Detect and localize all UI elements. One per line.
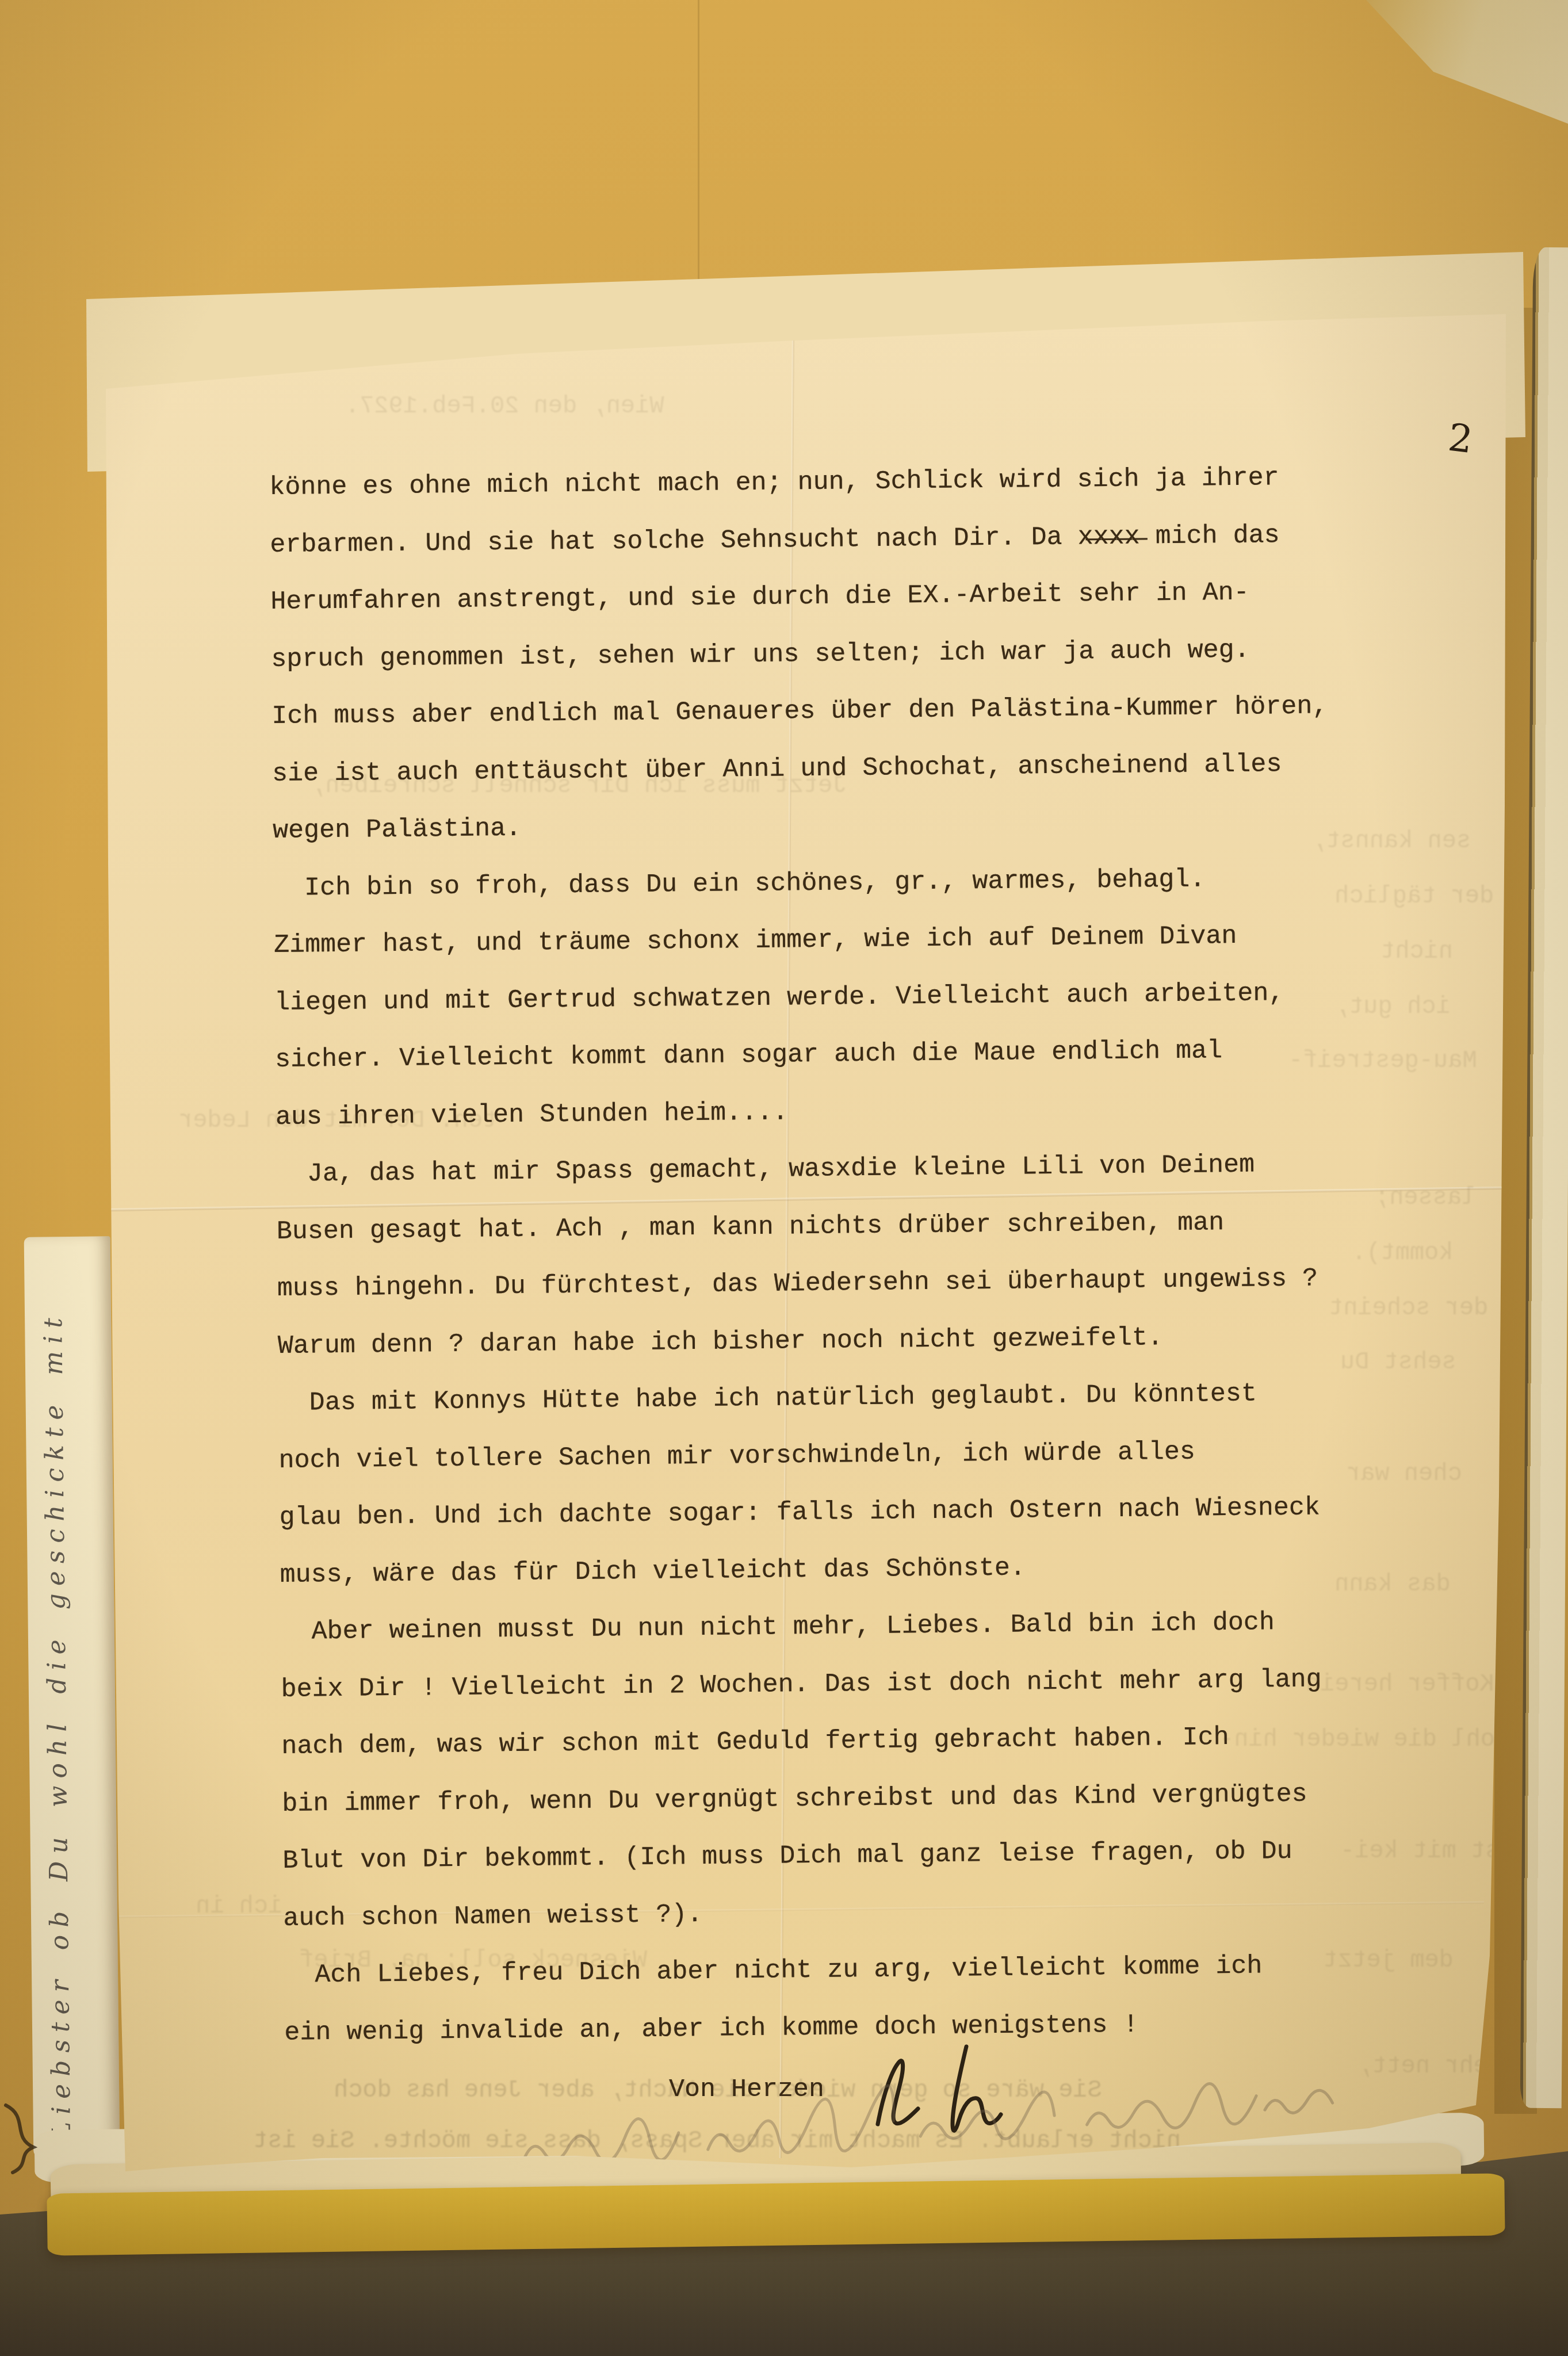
letter-line: muss hingehn. Du fürchtest, das Wiederse… bbox=[277, 1249, 1428, 1318]
letter-line: Busen gesagt hat. Ach , man kann nichts … bbox=[276, 1192, 1427, 1260]
letter-line: ein wenig invalide an, aber ich komme do… bbox=[284, 1993, 1435, 2061]
letter-line: nach dem, was wir schon mit Geduld ferti… bbox=[281, 1707, 1432, 1776]
letter-line: könne es ohne mich nicht mach en; nun, S… bbox=[269, 448, 1420, 517]
letter-line: auch schon Namen weisst ?). bbox=[283, 1879, 1434, 1947]
page1-left-edge: Liebster ob Du wohl die geschickte mit bbox=[24, 1236, 120, 2157]
letter-line: Warum denn ? daran habe ich bisher noch … bbox=[277, 1306, 1428, 1375]
letter-line: bin immer froh, wenn Du vergnügt schreib… bbox=[282, 1764, 1433, 1833]
archive-letter-photo: Liebster ob Du wohl die geschickte mit W… bbox=[0, 0, 1568, 2356]
letter-line: erbarmen. Und sie hat solche Sehnsucht n… bbox=[270, 505, 1421, 573]
letter-line: Ach Liebes, freu Dich aber nicht zu arg,… bbox=[284, 1936, 1435, 2005]
letter-line: aus ihren vielen Stunden heim.... bbox=[276, 1077, 1427, 1146]
letter-line: wegen Palästina. bbox=[273, 791, 1424, 860]
letter-line: noch viel tollere Sachen mir vorschwinde… bbox=[278, 1421, 1429, 1489]
letter-line: Ich bin so froh, dass Du ein schönes, gr… bbox=[273, 848, 1424, 917]
letter-line: liegen und mit Gertrud schwatzen werde. … bbox=[274, 963, 1425, 1031]
letter-line: Aber weinen musst Du nun nicht mehr, Lie… bbox=[280, 1593, 1431, 1661]
letter-line: spruch genommen ist, sehen wir uns selte… bbox=[271, 619, 1422, 688]
edge-ink-squiggle bbox=[0, 2097, 64, 2183]
letter-line: beix Dir ! Vielleicht in 2 Wochen. Das i… bbox=[281, 1650, 1432, 1718]
letter-line: glau ben. Und ich dachte sogar: falls ic… bbox=[279, 1478, 1430, 1547]
letter-line: Ja, das hat mir Spass gemacht, wasxdie k… bbox=[276, 1135, 1427, 1203]
bleed-through-text: ich in bbox=[196, 1892, 282, 1920]
letter-line: Herumfahren anstrengt, und sie durch die… bbox=[270, 563, 1421, 631]
letter-line: Zimmer hast, und träume schonx immer, wi… bbox=[274, 906, 1425, 974]
letter-line: Das mit Konnys Hütte habe ich natürlich … bbox=[278, 1364, 1429, 1432]
letter-line: Ich muss aber endlich mal Genaueres über… bbox=[271, 677, 1422, 745]
letter-line: muss, wäre das für Dich vielleicht das S… bbox=[280, 1535, 1431, 1604]
bleed-through-text: Wien, den 20.Feb.1927. bbox=[345, 392, 664, 420]
letter-line: sicher. Vielleicht kommt dann sogar auch… bbox=[275, 1020, 1426, 1089]
margin-note-handwriting: Liebster ob Du wohl die geschickte mit bbox=[38, 1264, 110, 2139]
letter-line: Blut von Dir bekommt. (Ich muss Dich mal… bbox=[282, 1822, 1433, 1890]
typed-letter-body: könne es ohne mich nicht mach en; nun, S… bbox=[269, 448, 1435, 2061]
letter-line: sie ist auch enttäuscht über Anni und Sc… bbox=[272, 734, 1423, 802]
